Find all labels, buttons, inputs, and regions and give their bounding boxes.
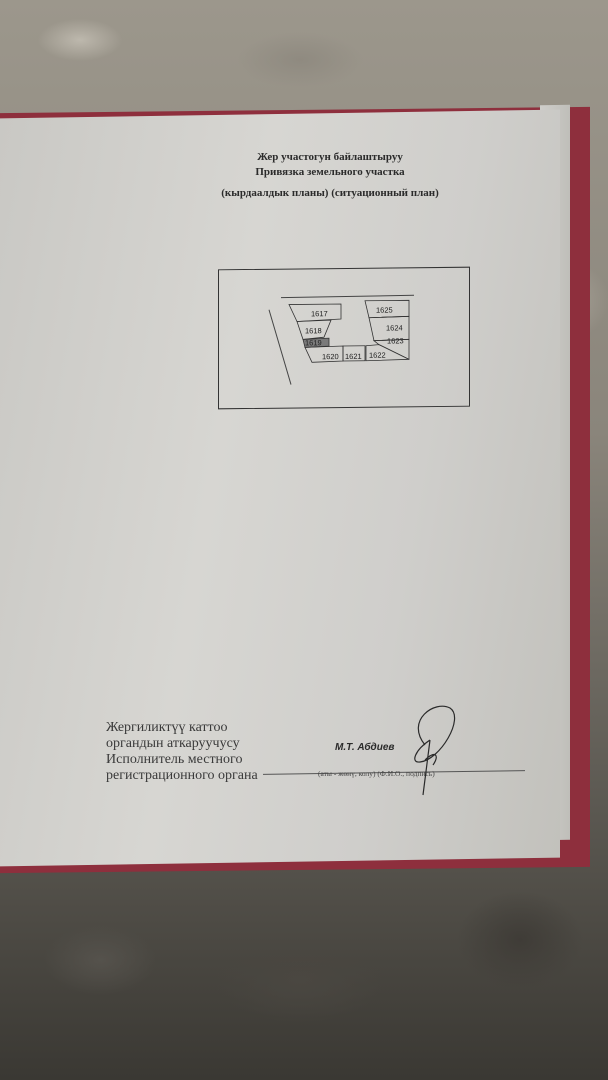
label-line-2: органдын аткаруучусу [106,736,258,752]
signer-name: М.Т. Абдиев [335,742,394,753]
label-line-1: Жергиликтүү каттоо [106,720,258,736]
document-page [0,110,560,867]
document-header: Жер участогун байлаштыруу Привязка земел… [190,150,470,201]
parcel-label-1621: 1621 [345,352,362,361]
parcel-label-1625: 1625 [376,305,393,314]
parcel-label-1623: 1623 [387,336,404,345]
label-line-4: регистрационного органа [106,768,258,784]
parcel-label-1624: 1624 [386,323,403,332]
parcel-map: 161716181619162016211622162316241625 [219,268,469,409]
situational-plan: 161716181619162016211622162316241625 [218,267,470,410]
label-line-3: Исполнитель местного [106,752,258,768]
parcel-label-1617: 1617 [311,309,328,318]
parcel-label-1620: 1620 [322,352,339,361]
signature-label: Жергиликтүү каттоо органдын аткаруучусу … [106,720,258,784]
parcel-label-1622: 1622 [369,351,386,360]
parcel-label-1618: 1618 [305,326,322,335]
subtitle: (кырдаалдык планы) (ситуационный план) [190,186,470,201]
parcel-label-1619: 1619 [305,338,322,347]
title-kyrgyz: Жер участогун байлаштыруу [190,150,470,165]
title-russian: Привязка земельного участка [190,165,470,180]
handwritten-signature [395,700,465,800]
